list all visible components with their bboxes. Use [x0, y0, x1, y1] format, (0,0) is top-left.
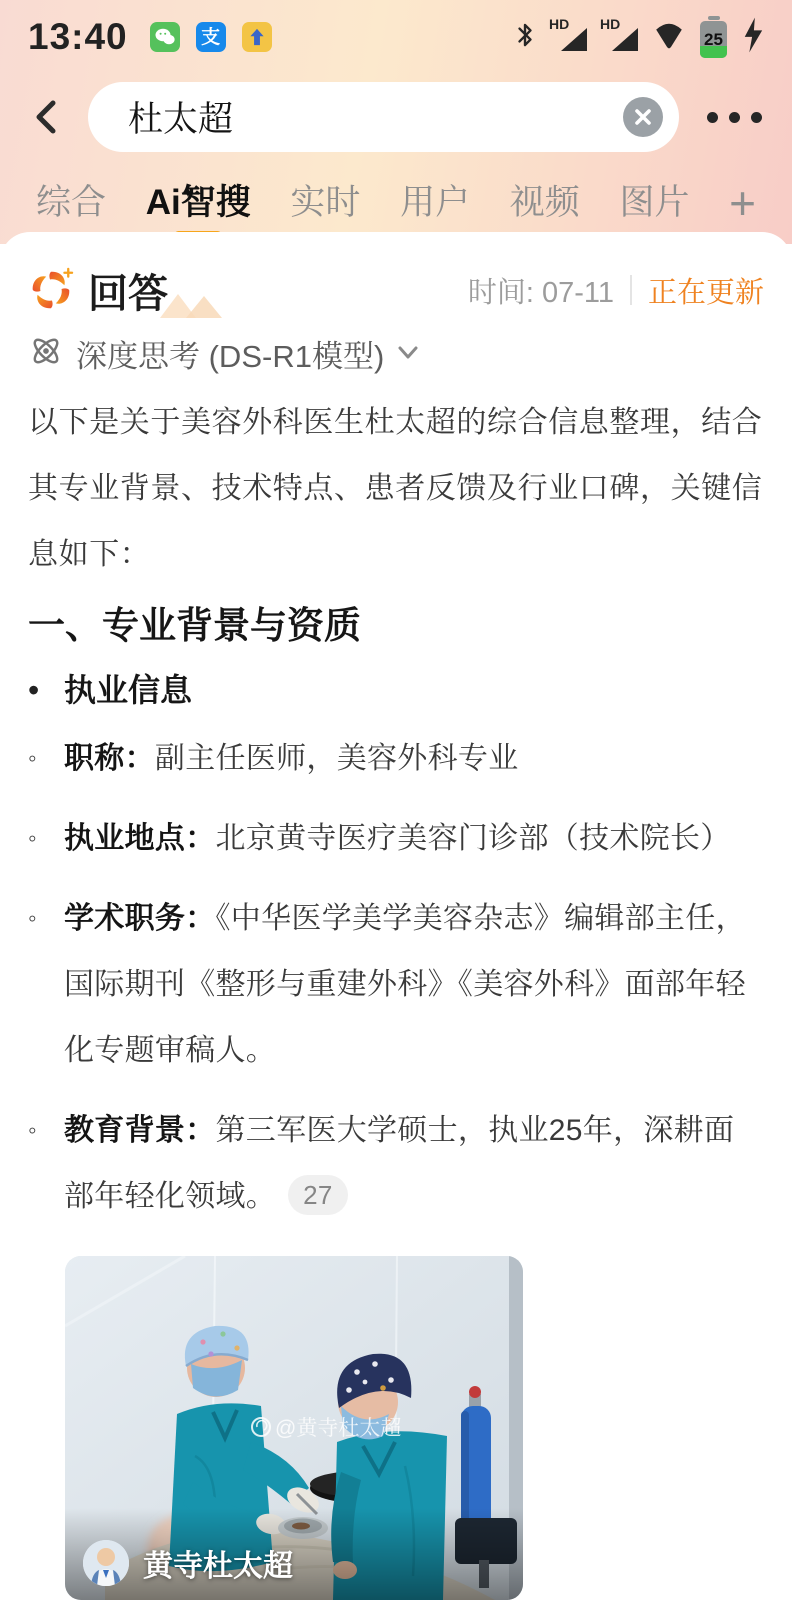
more-menu-icon[interactable]	[707, 112, 766, 123]
citation-badge[interactable]: 27	[288, 1175, 348, 1215]
photo-caption: 黄寺杜太超	[143, 1541, 293, 1585]
model-selector[interactable]: 深度思考 (DS-R1模型)	[28, 336, 764, 370]
answer-image[interactable]: @黄寺杜太超 黄寺杜太超	[65, 1256, 523, 1600]
list-item-academic: ◦ 学术职务：《中华医学美学美容杂志》编辑部主任，国际期刊《整形与重建外科》《美…	[28, 886, 764, 1084]
section-heading: 一、专业背景与资质	[28, 604, 764, 648]
answer-header: 回答 时间: 07-11 正在更新	[28, 266, 764, 314]
answer-title: 回答	[88, 262, 168, 319]
tab-shipin[interactable]: 视频	[510, 174, 580, 232]
hd-signal-icon: HD	[551, 23, 587, 51]
item-label: 职称：	[64, 742, 155, 775]
ai-answer-card: 回答 时间: 07-11 正在更新 深度思考 (DS-R1模型) 以下是关于美容…	[0, 232, 792, 1600]
notification-icons: 支	[150, 22, 272, 52]
list-item-title: ◦ 职称：副主任医师，美容外科专业	[28, 726, 764, 792]
svg-text:@黄寺杜太超: @黄寺杜太超	[275, 1417, 401, 1440]
back-icon[interactable]	[26, 95, 70, 139]
clock: 13:40	[28, 16, 128, 58]
wechat-icon	[150, 22, 180, 52]
network-icon	[653, 20, 685, 55]
system-icons: HD HD 25	[514, 16, 764, 59]
tab-shishi[interactable]: 实时	[290, 174, 360, 232]
hd-signal-icon: HD	[602, 23, 638, 51]
answer-meta: 时间: 07-11 正在更新	[468, 270, 764, 311]
item-text: 副主任医师，美容外科专业	[155, 742, 519, 775]
tab-tupian[interactable]: 图片	[619, 174, 689, 232]
upload-arrow-icon	[242, 22, 272, 52]
charging-bolt-icon	[742, 16, 764, 59]
photo-watermark: @黄寺杜太超	[252, 1417, 401, 1440]
battery-percent: 25	[704, 30, 723, 50]
sub-bullet-marker: ◦	[28, 806, 64, 872]
weibo-ai-search-screen: 13:40 支 HD HD 25	[0, 0, 792, 1600]
sub-bullet-marker: ◦	[28, 726, 64, 792]
search-input[interactable]: 杜太超	[88, 82, 679, 152]
bluetooth-icon	[514, 19, 536, 56]
tab-ai-zhisou[interactable]: Ai智搜 ✦	[146, 174, 251, 232]
list-item-education: ◦ 教育背景：第三军医大学硕士，执业25年，深耕面部年轻化领域。27	[28, 1098, 764, 1230]
model-label: 深度思考 (DS-R1模型)	[76, 331, 384, 376]
search-row: 杜太超	[0, 82, 792, 152]
sub-bullet-marker: ◦	[28, 886, 64, 952]
battery-icon: 25	[700, 16, 727, 58]
status-bar: 13:40 支 HD HD 25	[0, 14, 792, 60]
atom-icon	[28, 333, 64, 374]
tab-zonghe[interactable]: 综合	[36, 174, 106, 232]
clear-icon[interactable]	[623, 97, 663, 137]
tab-yonghu[interactable]: 用户	[400, 174, 470, 232]
alipay-icon: 支	[196, 22, 226, 52]
chevron-down-icon	[396, 344, 420, 362]
item-label: 执业地点：	[64, 822, 216, 855]
item-text: 北京黄寺医疗美容门诊部（技术院长）	[216, 822, 731, 855]
search-query-text: 杜太超	[128, 92, 623, 142]
live-updating-status[interactable]: 正在更新	[648, 270, 764, 311]
answer-intro-paragraph: 以下是关于美容外科医生杜太超的综合信息整理，结合其专业背景、技术特点、患者反馈及…	[28, 390, 764, 588]
search-tab-bar: 综合 Ai智搜 ✦ 实时 用户 视频 图片 +	[0, 174, 792, 232]
divider	[630, 275, 632, 305]
tab-more-plus[interactable]: +	[729, 174, 756, 232]
sparkle-icon: ✦	[182, 165, 195, 223]
sub-bullet-marker: ◦	[28, 1098, 64, 1164]
ai-pinwheel-icon	[28, 267, 74, 313]
bullet-title: 执业信息	[64, 668, 192, 712]
bullet-practice-info: • 执业信息	[28, 668, 764, 712]
photo-caption-bar: 黄寺杜太超	[83, 1540, 293, 1586]
answer-time-label: 时间: 07-11	[468, 270, 614, 311]
item-label: 教育背景：	[64, 1114, 216, 1147]
list-item-location: ◦ 执业地点：北京黄寺医疗美容门诊部（技术院长）	[28, 806, 764, 872]
item-label: 学术职务：	[64, 902, 216, 935]
bullet-marker: •	[28, 668, 64, 712]
avatar	[83, 1540, 129, 1586]
